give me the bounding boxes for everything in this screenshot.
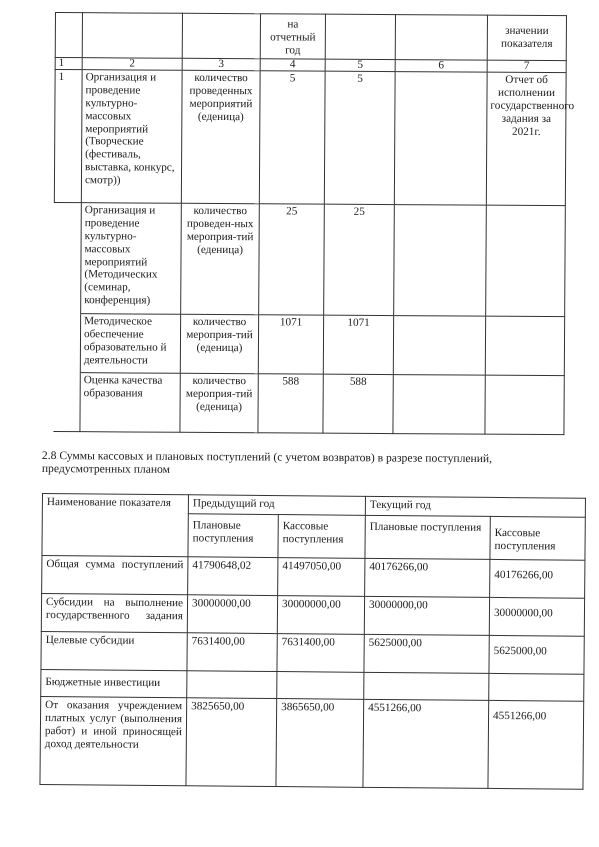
- indicator-unit: количество мероприя-тий (еденица): [180, 314, 258, 373]
- cur-cash-value: [489, 673, 584, 701]
- row-number: [54, 202, 82, 313]
- indicators-table: на отчетный год значении показателя 1 2 …: [52, 12, 567, 435]
- source-value: [485, 375, 564, 434]
- plan-value: 25: [259, 204, 325, 315]
- header-prev-planned: Плановые поступления: [188, 514, 278, 558]
- header-current-year: Текущий год: [365, 496, 585, 517]
- header-prev-cash: Кассовые поступления: [278, 515, 365, 559]
- receipts-table: Наименование показателя Предыдущий год Т…: [39, 493, 586, 790]
- fact-value: 25: [324, 204, 395, 315]
- prev-plan-value: 41790648,02: [188, 557, 278, 596]
- header-cell: [325, 14, 395, 59]
- column-number: 6: [395, 60, 487, 73]
- table-row: Целевые субсидии 7631400,00 7631400,00 5…: [41, 631, 584, 674]
- row-number: 1: [54, 70, 82, 203]
- indicator-name: Общая сумма поступлений: [42, 556, 188, 595]
- fact-value: 588: [323, 374, 393, 433]
- header-plan-fragment: на отчетный год: [260, 14, 325, 59]
- column-number: 4: [260, 59, 325, 71]
- table-row: Общая сумма поступлений 41790648,02 4149…: [42, 556, 585, 599]
- header-previous-year: Предыдущий год: [188, 495, 365, 516]
- prev-cash-value: 3865650,00: [276, 699, 364, 788]
- column-number: 3: [182, 58, 260, 70]
- prev-cash-value: 30000000,00: [277, 596, 364, 635]
- deviation-value: [393, 375, 485, 435]
- indicator-name: Организация и проведение культурно-массо…: [81, 203, 182, 315]
- header-cell: [182, 13, 260, 58]
- fact-value: 1071: [323, 315, 393, 374]
- prev-plan-value: 30000000,00: [187, 595, 277, 634]
- cur-cash-value: 5625000,00: [489, 635, 584, 674]
- indicator-name: Целевые субсидии: [41, 631, 187, 670]
- indicator-name: Организация и проведение культурно-массо…: [81, 70, 182, 204]
- column-number: 5: [325, 59, 395, 71]
- deviation-value: [394, 72, 487, 206]
- source-value: [486, 205, 566, 316]
- source-value: [485, 316, 564, 375]
- row-number: [53, 372, 80, 431]
- prev-plan-value: 3825650,00: [186, 698, 277, 787]
- source-value: Отчет об исполнении государственного зад…: [486, 72, 566, 205]
- cur-plan-value: [364, 672, 489, 700]
- deviation-value: [393, 316, 485, 376]
- indicator-name: От оказания учреждением платных услуг (в…: [40, 696, 187, 785]
- prev-plan-value: [187, 671, 277, 699]
- table-header-row: Наименование показателя Предыдущий год Т…: [42, 494, 585, 518]
- prev-cash-value: [277, 672, 364, 700]
- table-row: 1 Организация и проведение культурно-мас…: [54, 70, 566, 206]
- table-row: От оказания учреждением платных услуг (в…: [40, 696, 584, 789]
- table-row: Организация и проведение культурно-массо…: [54, 202, 566, 316]
- cur-cash-value: 30000000,00: [489, 597, 584, 636]
- header-cur-planned: Плановые поступления: [365, 515, 490, 559]
- deviation-value: [394, 205, 487, 317]
- cur-cash-value: 40176266,00: [490, 559, 585, 598]
- header-cur-cash: Кассовые поступления: [490, 516, 585, 560]
- cur-plan-value: 40176266,00: [365, 558, 490, 597]
- plan-value: 5: [259, 71, 325, 204]
- indicator-name: Субсидии на выполнение государственного …: [41, 594, 187, 633]
- prev-cash-value: 41497050,00: [278, 558, 365, 597]
- cur-plan-value: 4551266,00: [363, 699, 489, 788]
- indicator-unit: количество мероприя-тий (еденица): [180, 373, 258, 432]
- indicator-unit: количество проведен-ных мероприя-тий (ед…: [181, 203, 260, 314]
- cur-plan-value: 30000000,00: [364, 596, 489, 635]
- plan-value: 588: [258, 374, 323, 433]
- indicator-name: Методическое обеспечение образовательно …: [80, 314, 180, 374]
- prev-cash-value: 7631400,00: [277, 634, 364, 673]
- section-title: 2.8 Суммы кассовых и плановых поступлени…: [42, 449, 582, 479]
- column-number: 7: [487, 60, 566, 72]
- column-number: 2: [82, 58, 182, 71]
- cur-cash-value: 4551266,00: [488, 700, 584, 789]
- table-row: Субсидии на выполнение государственного …: [41, 594, 584, 637]
- row-number: [53, 313, 80, 372]
- indicator-name: Бюджетные инвестиции: [41, 669, 187, 697]
- header-cell: [82, 13, 182, 59]
- cur-plan-value: 5625000,00: [364, 634, 489, 673]
- indicator-name: Оценка качества образования: [80, 373, 180, 433]
- prev-plan-value: 7631400,00: [187, 633, 277, 672]
- plan-value: 1071: [258, 315, 323, 374]
- header-cell: [55, 13, 82, 58]
- table-row: Оценка качества образования количество м…: [53, 372, 564, 434]
- table-header-row: на отчетный год значении показателя: [55, 13, 566, 61]
- column-number: 1: [55, 58, 82, 70]
- fact-value: 5: [324, 71, 395, 204]
- table-row: Методическое обеспечение образовательно …: [53, 313, 564, 375]
- header-cell: [395, 15, 487, 61]
- header-indicator: Наименование показателя: [42, 494, 189, 557]
- header-source-fragment: значении показателя: [487, 15, 566, 60]
- indicator-unit: количество проведенных мероприятий (еден…: [181, 70, 260, 203]
